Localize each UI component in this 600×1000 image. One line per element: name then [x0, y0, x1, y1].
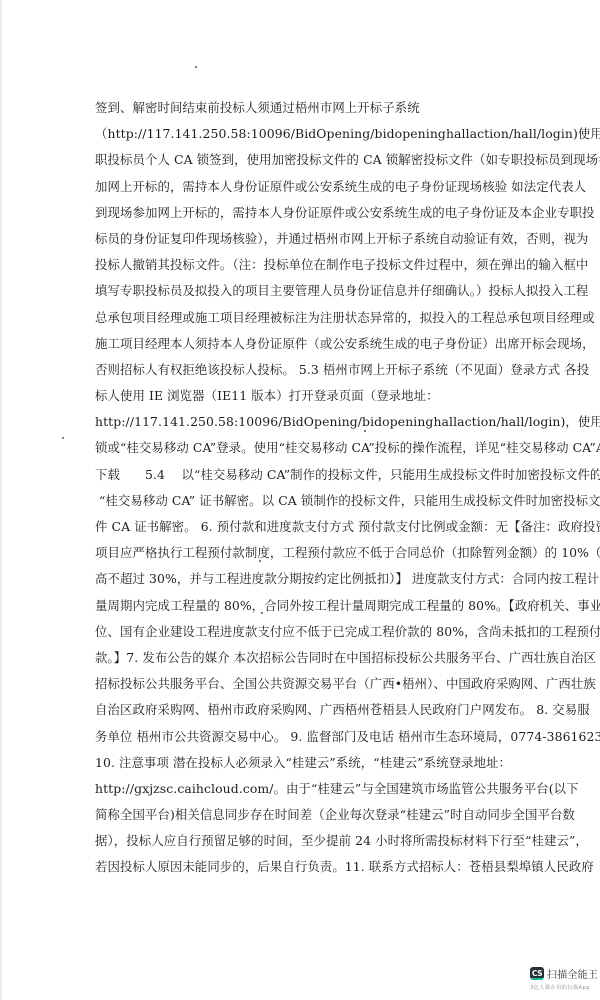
scan-speck: [62, 437, 64, 439]
text-line: 标人使用 IE 浏览器（IE11 版本）打开登录页面（登录地址：: [95, 383, 515, 409]
text-line: 务单位 梧州市公共资源交易中心。 9. 监督部门及电话 梧州市生态环境局，077…: [95, 724, 515, 750]
text-line: 到现场参加网上开标的，需持本人身份证原件或公安系统生成的电子身份证及本企业专职投: [95, 200, 515, 226]
text-line: http://gxjzsc.caihcloud.com/。由于“桂建云”与全国建…: [95, 776, 515, 802]
text-line: 位、国有企业建设工程进度款支付应不低于已完成工程价款的 80%，含尚未抵扣的工程…: [95, 619, 515, 645]
watermark-slogan: 3亿人都在用的扫描App: [530, 984, 600, 991]
scanned-document-page: 签到、解密时间结束前投标人须通过梧州市网上开标子系统 （http://117.1…: [0, 0, 600, 1000]
text-line: 项目应严格执行工程预付款制度，工程预付款应不低于合同总价（扣除暂列金额）的 10…: [95, 540, 515, 566]
text-line: 锁或“桂交易移动 CA”登录。使用“桂交易移动 CA”投标的操作流程，详见“桂交…: [95, 435, 515, 461]
page-edge-shadow: [0, 0, 2, 1000]
text-line: 招标投标公共服务平台、全国公共资源交易平台（广西•梧州）、中国政府采购网、广西壮…: [95, 671, 515, 697]
text-line: 下载 5.4 以“桂交易移动 CA”制作的投标文件，只能用生成投标文件时加密投标…: [95, 462, 515, 488]
text-line: 加网上开标的，需持本人身份证原件或公安系统生成的电子身份证现场核验 如法定代表人: [95, 174, 515, 200]
text-line: 职投标员个人 CA 锁签到，使用加密投标文件的 CA 锁解密投标文件（如专职投标…: [95, 147, 515, 173]
text-line: 标员的身份证复印件现场核验），并通过梧州市网上开标子系统自动验证有效，否则，视为: [95, 226, 515, 252]
text-line: 否则招标人有权拒绝该投标人投标。 5.3 梧州市网上开标子系统（不见面）登录方式…: [95, 357, 515, 383]
text-line: 若因投标人原因未能同步的，后果自行负责。11. 联系方式招标人：苍梧县梨埠镇人民…: [95, 854, 515, 880]
text-line: “桂交易移动 CA” 证书解密。以 CA 锁制作的投标文件，只能用生成投标文件时…: [95, 488, 515, 514]
text-line: 据），投标人应自行预留足够的时间，至少提前 24 小时将所需投标材料下行至“桂建…: [95, 828, 515, 854]
text-line: 施工项目经理本人须持本人身份证原件（或公安系统生成的电子身份证）出席开标会现场，: [95, 331, 515, 357]
text-line: 总承包项目经理或施工项目经理被标注为注册状态异常的，拟投入的工程总承包项目经理或: [95, 305, 515, 331]
camscanner-watermark: CS 扫描全能王 3亿人都在用的扫描App: [530, 966, 600, 1000]
text-line: （http://117.141.250.58:10096/BidOpening/…: [95, 121, 515, 147]
text-line: 简称全国平台)相关信息同步存在时间差（企业每次登录“桂建云”时自动同步全国平台数: [95, 802, 515, 828]
text-line: 投标人撤销其投标文件。（注：投标单位在制作电子投标文件过程中，须在弹出的输入框中: [95, 252, 515, 278]
text-line: 件 CA 证书解密。 6. 预付款和进度款支付方式 预付款支付比例或金额：无【备…: [95, 514, 515, 540]
text-line: 填写专职投标员及拟投入的项目主要管理人员身份证信息并仔细确认。）投标人拟投入工程: [95, 278, 515, 304]
scan-speck: [195, 66, 197, 68]
text-line: 款。】7. 发布公告的媒介 本次招标公告同时在中国招标投标公共服务平台、广西壮族…: [95, 645, 515, 671]
document-body: 签到、解密时间结束前投标人须通过梧州市网上开标子系统 （http://117.1…: [95, 95, 515, 881]
text-line: 高不超过 30%，并与工程进度款分期按约定比例抵扣）】 进度款支付方式：合同内按…: [95, 566, 515, 592]
text-line: 签到、解密时间结束前投标人须通过梧州市网上开标子系统: [95, 95, 515, 121]
watermark-app-name: 扫描全能王: [547, 966, 598, 981]
text-line: http://117.141.250.58:10096/BidOpening/b…: [95, 409, 515, 435]
text-line: 自治区政府采购网、梧州市政府采购网、广西梧州苍梧县人民政府门户网发布。 8. 交…: [95, 697, 515, 723]
text-line: 量周期内完成工程量的 80%，合同外按工程计量周期完成工程量的 80%。【政府机…: [95, 593, 515, 619]
text-line: 10. 注意事项 潜在投标人必须录入“桂建云”系统，“桂建云”系统登录地址：: [95, 750, 515, 776]
camscanner-logo-icon: CS: [530, 967, 544, 980]
